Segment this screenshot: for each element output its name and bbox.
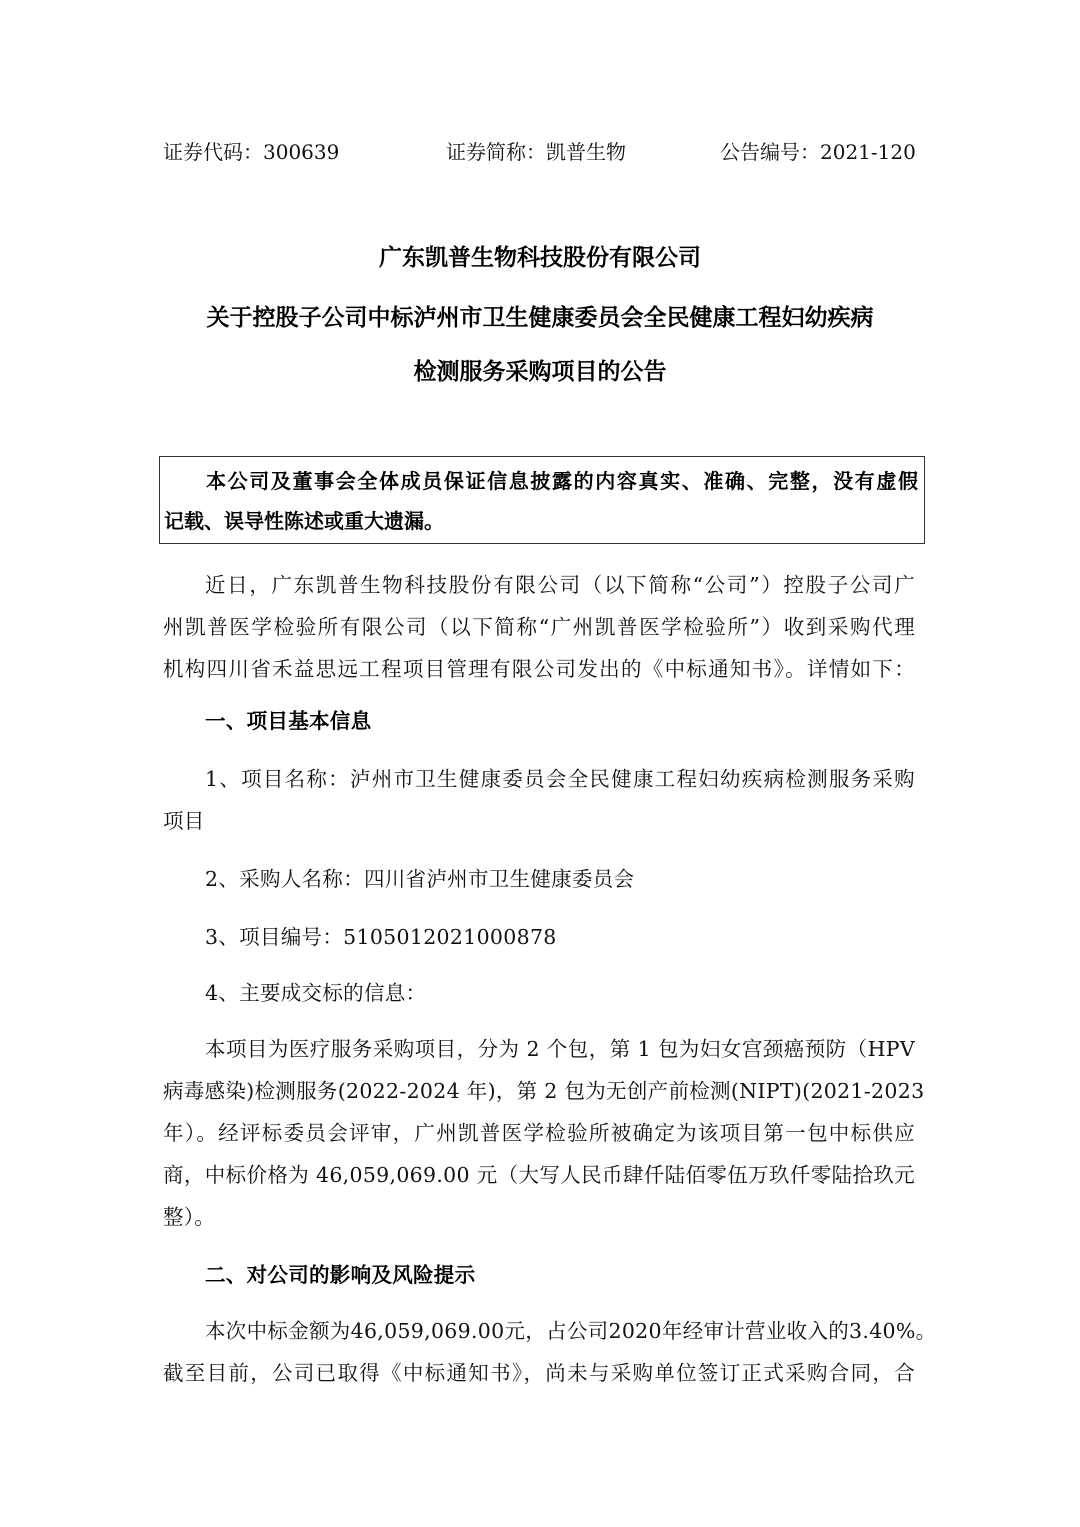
disclaimer-box: 本公司及董事会全体成员保证信息披露的内容真实、准确、完整，没有虚假 记载、误导性… — [159, 456, 925, 544]
item-project-name-cont: 项目 — [163, 809, 915, 833]
stock-code: 证券代码：300639 — [163, 140, 339, 164]
impact-line: 本次中标金额为46,059,069.00元，占公司2020年经审计营业收入的3.… — [163, 1319, 915, 1343]
impact-line: 截至目前，公司已取得《中标通知书》，尚未与采购单位签订正式采购合同，合 — [163, 1361, 915, 1385]
item-purchaser-name: 2、采购人名称：四川省泸州市卫生健康委员会 — [163, 867, 915, 891]
item-project-name: 1、项目名称：泸州市卫生健康委员会全民健康工程妇幼疾病检测服务采购 — [163, 767, 915, 791]
intro-line: 近日，广东凯普生物科技股份有限公司（以下简称“公司”）控股子公司广 — [163, 573, 915, 597]
item-project-number: 3、项目编号：5105012021000878 — [163, 925, 915, 949]
section-2-heading: 二、对公司的影响及风险提示 — [163, 1263, 915, 1287]
disclaimer-line-1: 本公司及董事会全体成员保证信息披露的内容真实、准确、完整，没有虚假 — [164, 469, 918, 493]
announcement-number: 公告编号：2021-120 — [720, 140, 916, 164]
package-line: 本项目为医疗服务采购项目，分为 2 个包，第 1 包为妇女宫颈癌预防（HPV — [163, 1037, 915, 1061]
title-line-3: 检测服务采购项目的公告 — [0, 358, 1080, 386]
disclaimer-line-2: 记载、误导性陈述或重大遗漏。 — [164, 509, 918, 533]
stock-abbreviation: 证券简称：凯普生物 — [446, 140, 626, 164]
intro-line: 机构四川省禾益思远工程项目管理有限公司发出的《中标通知书》。详情如下： — [163, 657, 915, 681]
title-line-2: 关于控股子公司中标泸州市卫生健康委员会全民健康工程妇幼疾病 — [0, 304, 1080, 332]
package-line: 年）。经评标委员会评审，广州凯普医学检验所被确定为该项目第一包中标供应 — [163, 1121, 915, 1145]
title-line-1: 广东凯普生物科技股份有限公司 — [0, 244, 1080, 272]
package-line: 病毒感染)检测服务(2022-2024 年)，第 2 包为无创产前检测(NIPT… — [163, 1079, 915, 1103]
package-line: 整）。 — [163, 1205, 915, 1229]
section-1-heading: 一、项目基本信息 — [163, 709, 915, 733]
package-line: 商，中标价格为 46,059,069.00 元（大写人民币肆仟陆佰零伍万玖仟零陆… — [163, 1163, 915, 1187]
intro-line: 州凯普医学检验所有限公司（以下简称“广州凯普医学检验所”）收到采购代理 — [163, 615, 915, 639]
item-main-deal-info: 4、主要成交标的信息： — [163, 981, 915, 1005]
